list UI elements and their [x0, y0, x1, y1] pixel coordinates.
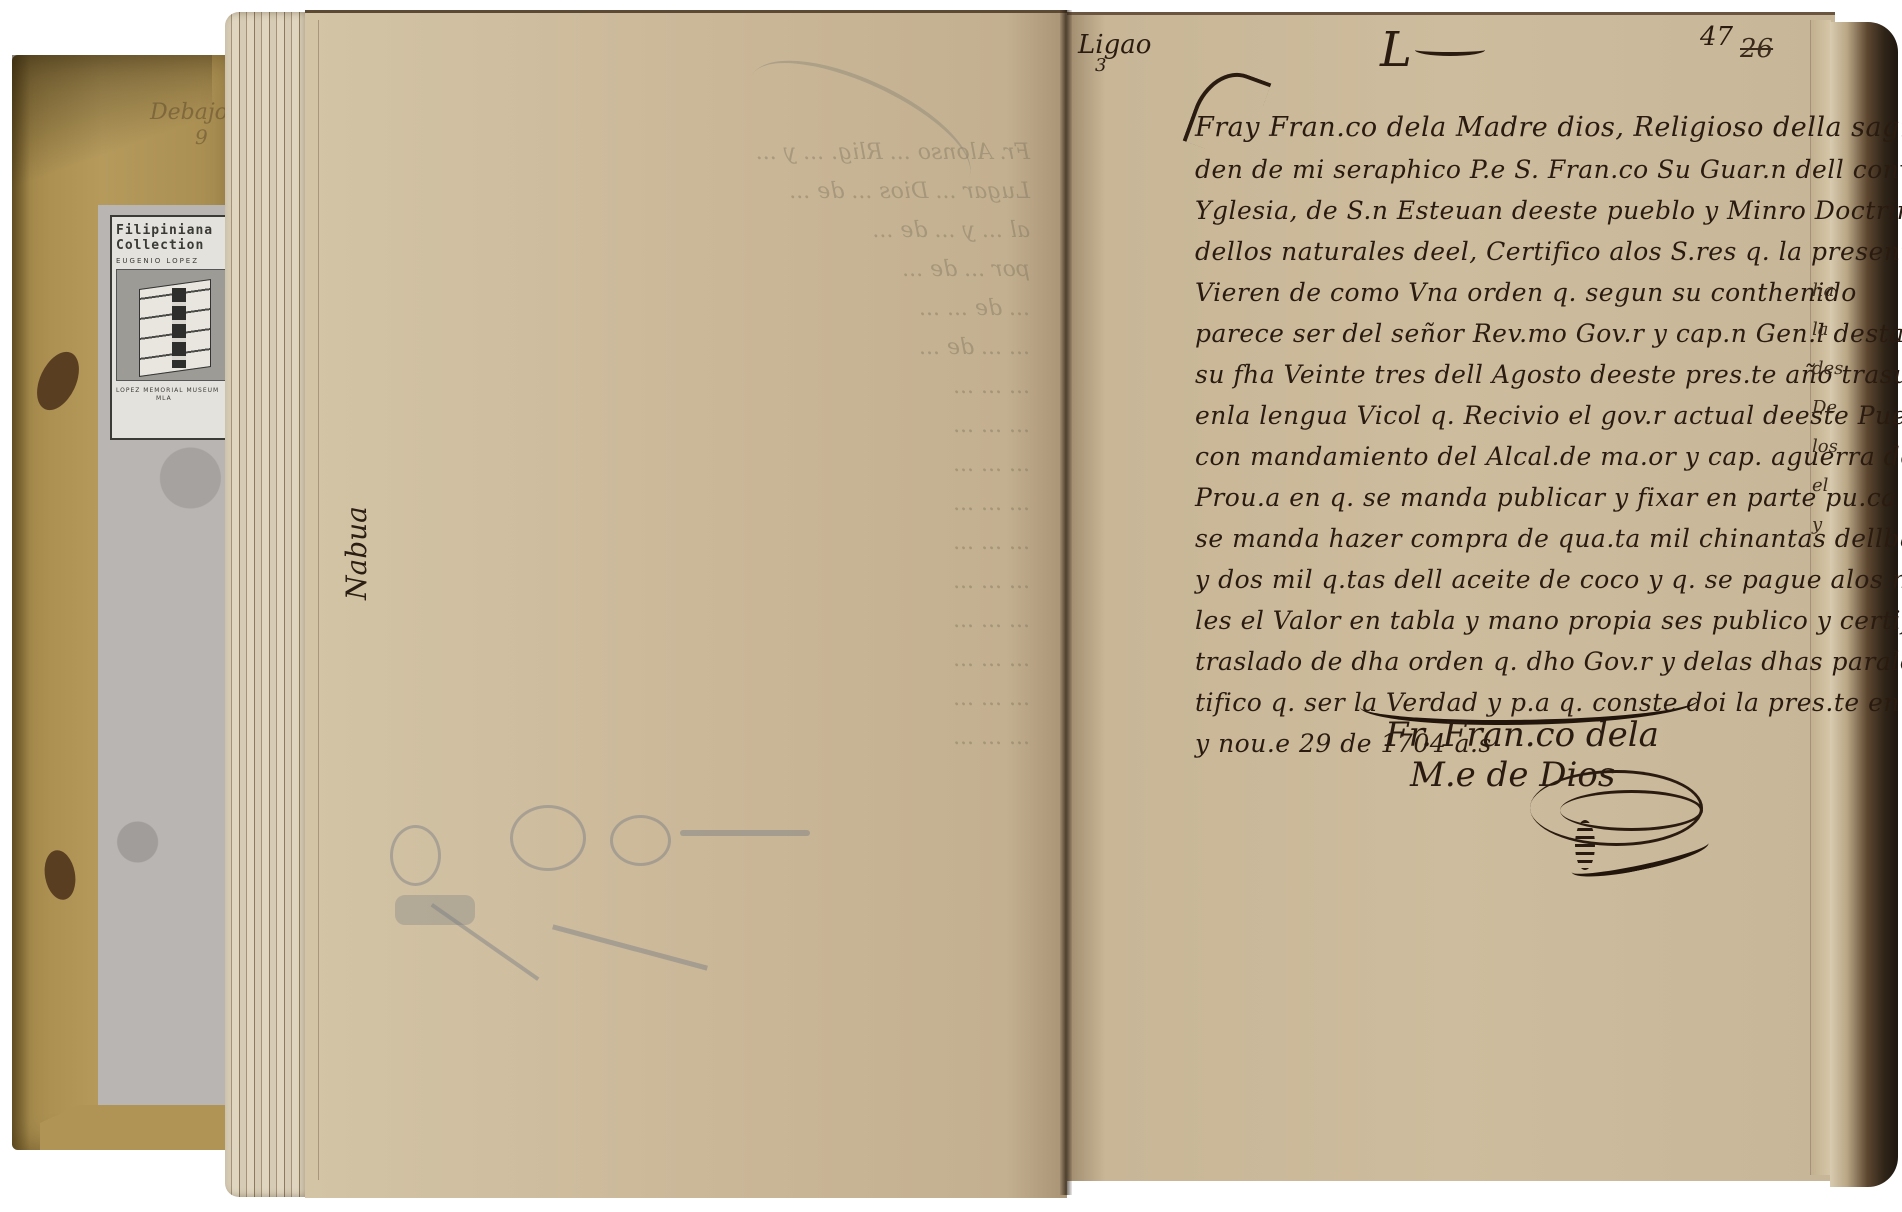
text-line: parece ser del señor Rev.mo Gov.r y cap.… [1195, 319, 1805, 348]
bleed-line: por ... de ... [330, 257, 1030, 282]
bookplate-caption-2: MLA [116, 395, 229, 402]
right-page-text-block: Fray Fran.co dela Madre dios, Religioso … [1195, 112, 1805, 758]
folio-old-number: 26 [1740, 34, 1773, 64]
text-line: les el Valor en tabla y mano propia ses … [1195, 606, 1805, 635]
pencil-sketch-loop [510, 805, 586, 871]
text-line: se manda hazer compra de qua.ta mil chin… [1195, 524, 1805, 553]
left-margin-note-wrapper: Nabua [340, 600, 434, 633]
text-line: enla lengua Vicol q. Recivio el gov.r ac… [1195, 401, 1805, 430]
edge-note: la [1812, 319, 1842, 340]
edge-note: ha [1812, 280, 1842, 301]
text-line: Vieren de como Vna orden q. segun su con… [1195, 278, 1805, 307]
edge-note: el [1812, 475, 1842, 496]
text-line: traslado de dha orden q. dho Gov.r y del… [1195, 647, 1805, 676]
signature-line-1: Fr. Fran.co dela [1385, 715, 1659, 755]
header-flourish-stroke [1415, 44, 1485, 56]
text-line: Fray Fran.co dela Madre dios, Religioso … [1195, 112, 1805, 143]
bookplate-building-illustration [116, 269, 228, 381]
right-page-inner-leaves [1810, 20, 1831, 1175]
text-line: y dos mil q.tas dell aceite de coco y q.… [1195, 565, 1805, 594]
gutter [1060, 10, 1072, 1195]
text-line: dellos naturales deel, Certifico alos S.… [1195, 237, 1805, 266]
bookplate-title-line1: Filipiniana [116, 223, 229, 238]
left-page-bleed-through: Fr. Alonso ... Rlig. ... y ... Lugar ...… [330, 140, 1030, 750]
top-left-note-ligao: Ligao [1078, 30, 1151, 60]
cover-fold-shadow [12, 55, 212, 205]
cover-turn-in [40, 1105, 235, 1150]
bookplate: Filipiniana Collection EUGENIO LOPEZ LOP… [110, 215, 235, 440]
left-margin-note: Nabua [340, 506, 373, 600]
text-line: con mandamiento del Alcal.de ma.or y cap… [1195, 442, 1805, 471]
bleed-line: ... ... ... [330, 452, 1030, 477]
bookplate-owner: EUGENIO LOPEZ [116, 257, 229, 265]
bleed-line: ... de ... ... [330, 296, 1030, 321]
bleed-line: ... ... ... [330, 725, 1030, 750]
bookplate-title-line2: Collection [116, 238, 229, 253]
text-line: Prou.a en q. se manda publicar y fixar e… [1195, 483, 1805, 512]
left-page-margin-line [318, 20, 319, 1180]
edge-note: des [1812, 358, 1842, 379]
pencil-sketch-loop [610, 815, 671, 866]
edge-note: los [1812, 436, 1842, 457]
bleed-line: ... ... ... [330, 647, 1030, 672]
left-page-stack-edges [225, 12, 310, 1197]
edge-note: De [1812, 397, 1842, 418]
folio-number: 47 [1700, 22, 1733, 52]
bleed-line: ... ... ... [330, 686, 1030, 711]
bleed-line: ... ... ... [330, 413, 1030, 438]
bleed-line: al ... y ... de ... [330, 218, 1030, 243]
building-windows [172, 288, 186, 368]
bleed-line: ... ... de ... [330, 335, 1030, 360]
header-flourish: L [1380, 22, 1412, 78]
bleed-line: ... ... ... [330, 569, 1030, 594]
text-line: su fha Veinte tres dell Agosto deeste pr… [1195, 360, 1805, 389]
top-left-note-sub: 3 [1095, 55, 1106, 76]
text-line: den de mi seraphico P.e S. Fran.co Su Gu… [1195, 155, 1805, 184]
bleed-line: ... ... ... [330, 608, 1030, 633]
edge-note: y [1812, 514, 1842, 535]
pencil-sketch-loop [390, 825, 441, 886]
bookplate-caption: LOPEZ MEMORIAL MUSEUM [116, 387, 229, 394]
bleed-line: ... ... ... [330, 374, 1030, 399]
pencil-stroke [680, 830, 810, 836]
text-line: Yglesia, de S.n Esteuan deeste pueblo y … [1195, 196, 1805, 225]
fore-edge-notes: ha la des De los el y [1812, 280, 1842, 535]
bleed-line: ... ... ... [330, 530, 1030, 555]
cover-faint-number: 9 [195, 125, 208, 149]
bleed-line: ... ... ... [330, 491, 1030, 516]
